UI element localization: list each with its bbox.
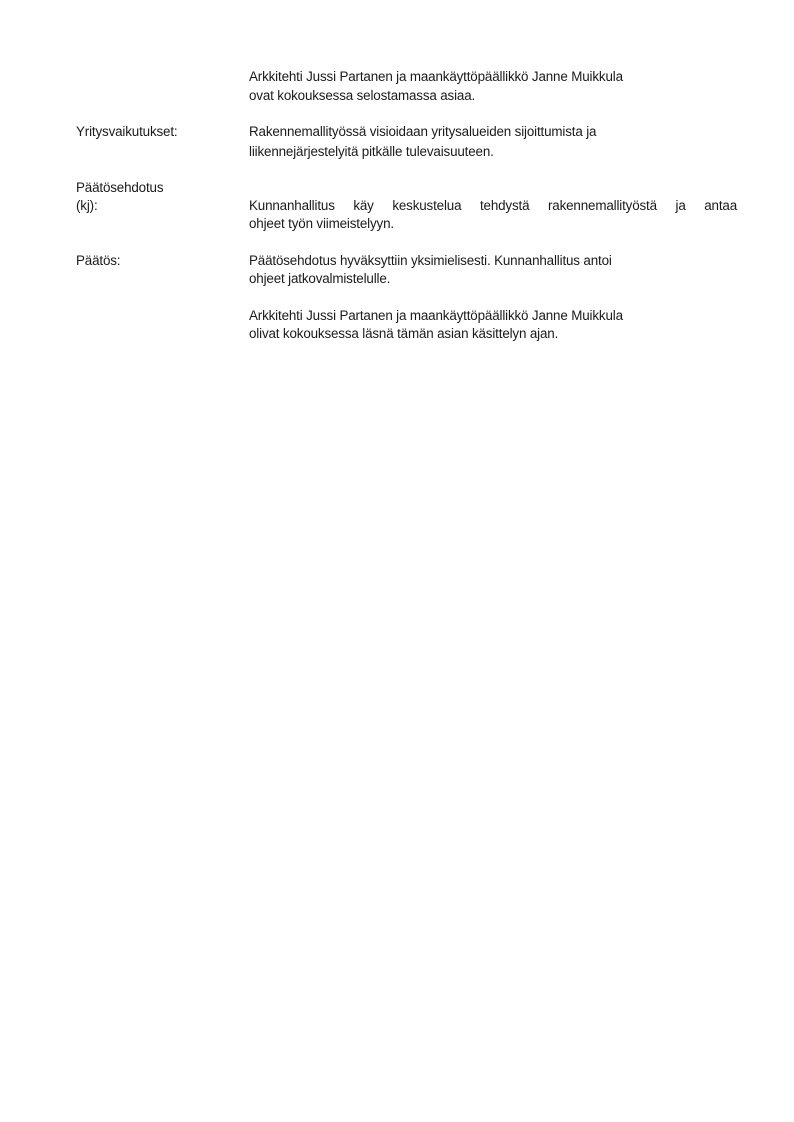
proposal-text: Kunnanhallitus käy keskustelua tehdystä … (249, 198, 737, 214)
intro-line: ovat kokouksessa selostamassa asiaa. (249, 88, 475, 104)
decision-text: ohjeet jatkovalmistelulle. (249, 271, 390, 287)
business-impacts-label: Yritysvaikutukset: (76, 124, 177, 140)
business-impacts-text: liikennejärjestelyitä pitkälle tulevaisu… (249, 144, 494, 160)
decision-note: olivat kokouksessa läsnä tämän asian käs… (249, 326, 558, 342)
intro-line: Arkkitehti Jussi Partanen ja maankäyttöp… (249, 69, 623, 85)
decision-note: Arkkitehti Jussi Partanen ja maankäyttöp… (249, 308, 623, 324)
proposal-label-suffix: (kj): (76, 198, 98, 214)
proposal-text: ohjeet työn viimeistelyyn. (249, 216, 394, 232)
business-impacts-text: Rakennemallityössä visioidaan yritysalue… (249, 124, 596, 140)
decision-text: Päätösehdotus hyväksyttiin yksimielisest… (249, 253, 612, 269)
decision-label: Päätös: (76, 253, 120, 269)
proposal-label: Päätösehdotus (76, 180, 163, 196)
